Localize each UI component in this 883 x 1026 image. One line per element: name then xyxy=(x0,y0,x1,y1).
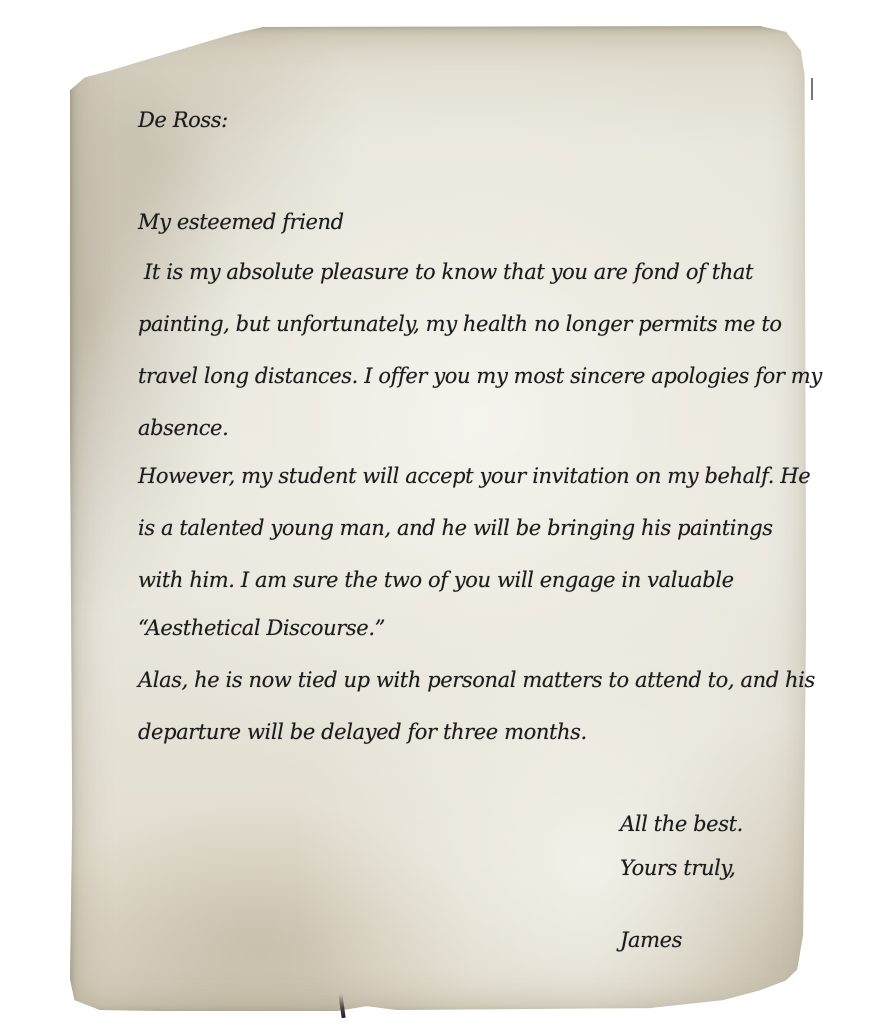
letter-body-line: It is my absolute pleasure to know that … xyxy=(144,262,753,283)
letter-greeting: My esteemed friend xyxy=(138,212,344,233)
letter-body-line: However, my student will accept your inv… xyxy=(138,466,810,487)
letter-body-line: Alas, he is now tied up with personal ma… xyxy=(138,670,815,691)
letter-body-line: travel long distances. I offer you my mo… xyxy=(138,366,822,387)
letter-body-line: “Aesthetical Discourse.” xyxy=(138,618,385,639)
letter-salutation: De Ross: xyxy=(138,108,228,132)
letter-valediction: Yours truly, xyxy=(620,856,735,880)
paper-edge-nick xyxy=(811,78,813,100)
letter-body-line: absence. xyxy=(138,418,228,439)
letter-body-line: departure will be delayed for three mont… xyxy=(138,722,587,743)
letter-body-line: with him. I am sure the two of you will … xyxy=(138,570,734,591)
letter-closing-phrase: All the best. xyxy=(620,812,743,836)
letter-signature: James xyxy=(620,928,682,952)
letter-body-line: is a talented young man, and he will be … xyxy=(138,518,773,539)
letter-body-line: painting, but unfortunately, my health n… xyxy=(138,314,782,335)
